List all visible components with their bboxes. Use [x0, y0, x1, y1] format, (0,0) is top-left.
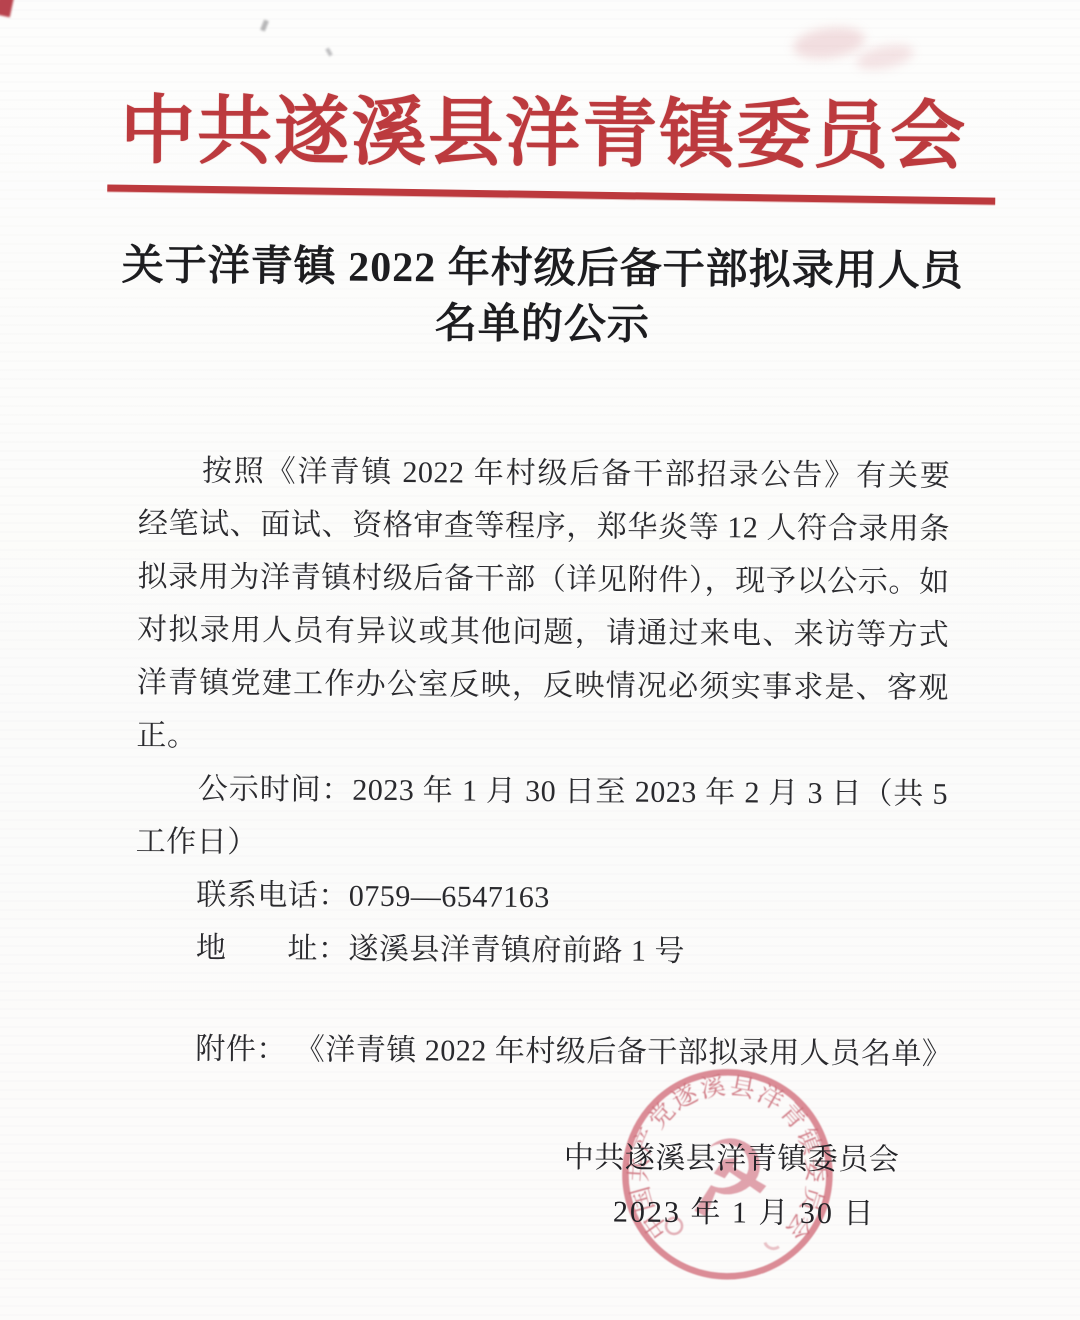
- paragraph-gap: [134, 974, 946, 1028]
- body-line: 按照《洋青镇 2022 年村级后备干部招录公告》有关要求，: [138, 444, 950, 503]
- notice-title-line1: 关于洋青镇 2022 年村级后备干部拟录用人员: [3, 237, 1080, 301]
- document-page: 中共遂溪县洋青镇委员会 关于洋青镇 2022 年村级后备干部拟录用人员 名单的公…: [0, 0, 1080, 1320]
- notice-title-line2: 名单的公示: [2, 293, 1080, 357]
- body-line: 经笔试、面试、资格审查等程序，郑华炎等 12 人符合录用条件，: [138, 497, 950, 556]
- notice-title: 关于洋青镇 2022 年村级后备干部拟录用人员 名单的公示: [2, 237, 1080, 357]
- address-line: 地 址：遂溪县洋青镇府前路 1 号: [135, 921, 947, 980]
- scanned-content: 中共遂溪县洋青镇委员会 关于洋青镇 2022 年村级后备干部拟录用人员 名单的公…: [0, 0, 1080, 1320]
- body-line: 对拟录用人员有异议或其他问题，请通过来电、来访等方式向: [137, 603, 949, 662]
- body-line: 拟录用为洋青镇村级后备干部（详见附件），现予以公示。如: [137, 550, 949, 609]
- signature-org: 中共遂溪县洋青镇委员会: [431, 1140, 1031, 1178]
- contact-phone-line: 联系电话：0759—6547163: [135, 868, 947, 927]
- publicity-period-line: 公示时间：2023 年 1 月 30 日至 2023 年 2 月 3 日（共 5…: [136, 762, 948, 821]
- signature-date: 2023 年 1 月 30 日: [444, 1194, 1044, 1232]
- body-line: 正。: [136, 709, 948, 768]
- org-header-title: 中共遂溪县洋青镇委员会: [3, 76, 1080, 194]
- body-line: 洋青镇党建工作办公室反映，反映情况必须实事求是、客观公: [137, 656, 949, 715]
- seal-ink-crescent: [765, 1243, 779, 1249]
- publicity-period-line: 工作日）: [136, 815, 948, 874]
- notice-body: 按照《洋青镇 2022 年村级后备干部招录公告》有关要求， 经笔试、面试、资格审…: [134, 444, 950, 1081]
